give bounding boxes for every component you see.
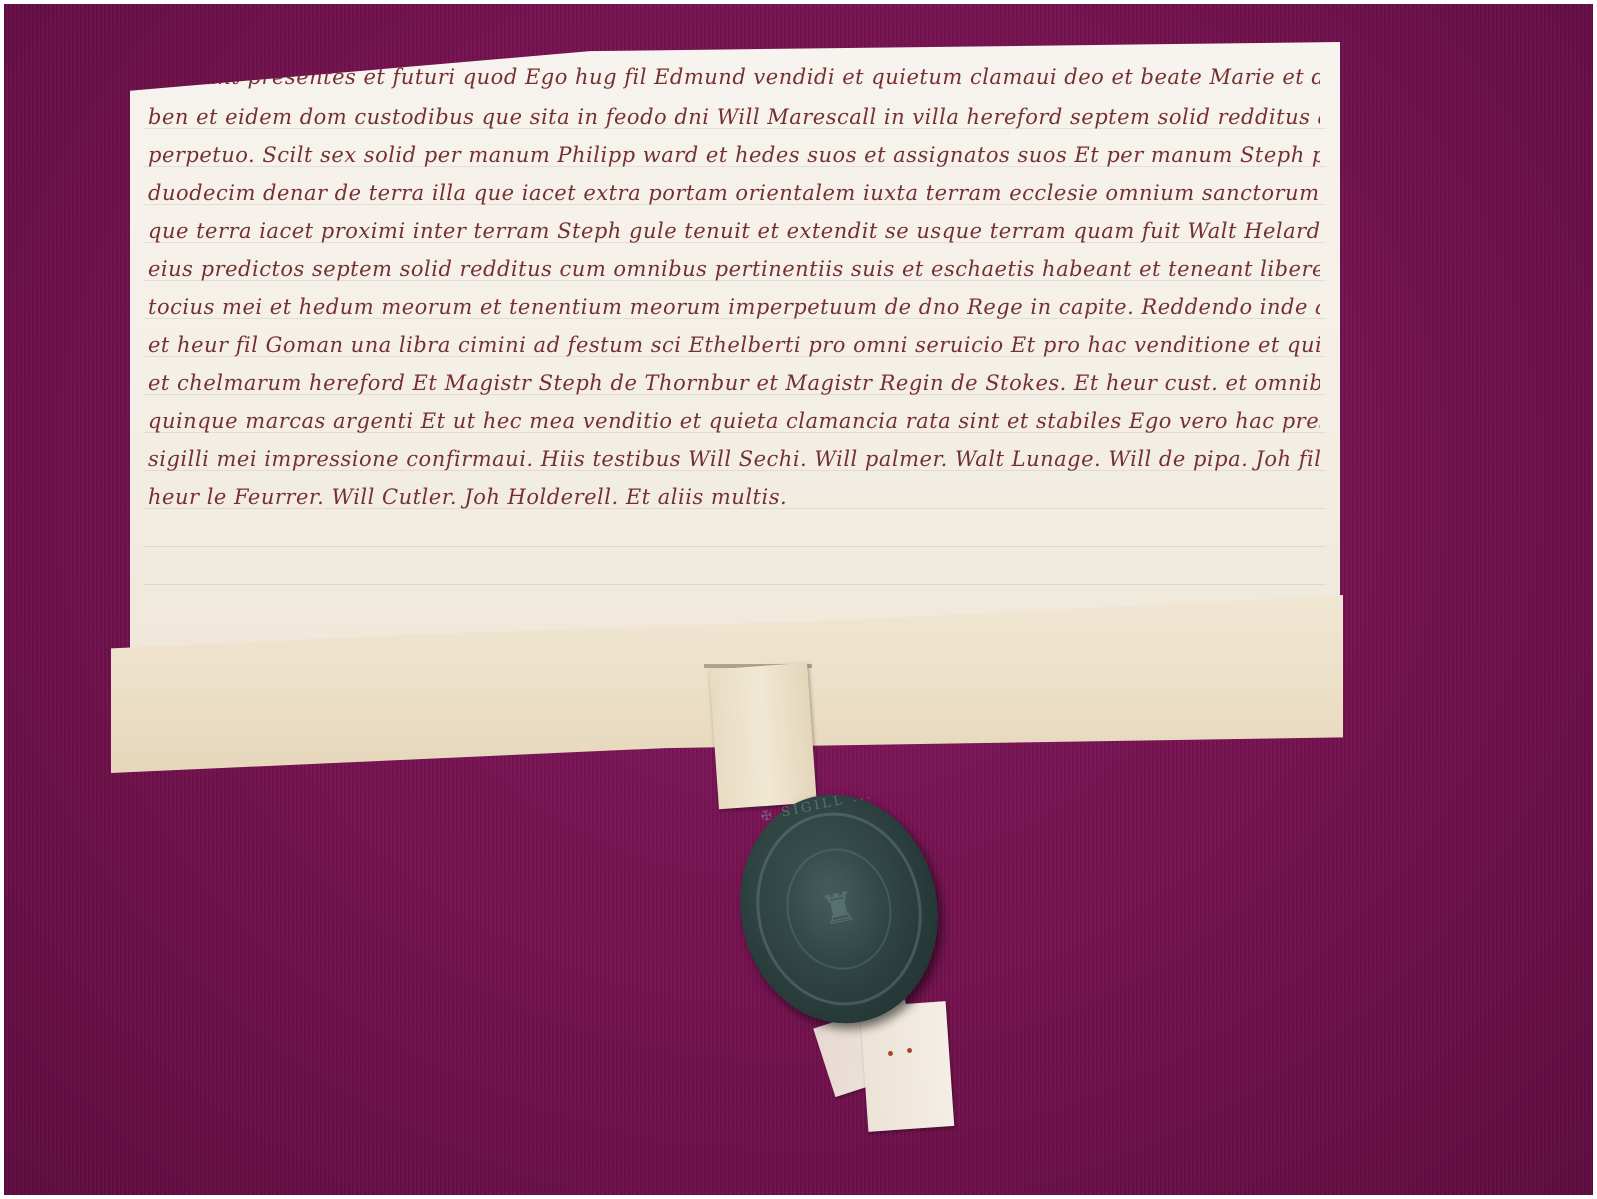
seal-tag [709,663,817,809]
charter-line: perpetuo. Scilt sex solid per manum Phil… [148,142,1320,168]
charter-line: que terra iacet proximi inter terram Ste… [148,218,1320,244]
charter-line: et chelmarum hereford Et Magistr Steph d… [148,370,1320,396]
charter-line: quinque marcas argenti Et ut hec mea ven… [148,408,1320,434]
charter-line: ben et eidem dom custodibus que sita in … [148,104,1320,130]
stain-spot [907,1048,912,1053]
photo-frame: Sciant presentes et futuri quod Ego hug … [4,4,1593,1195]
stain-spot [888,1051,893,1056]
charter-line: duodecim denar de terra illa que iacet e… [148,180,1320,206]
charter-line: heur le Feurrer. Will Cutler. Joh Holder… [148,484,820,510]
seal-tag-end [860,1001,955,1132]
ruling-line [144,584,1326,585]
seal-emblem-icon: ♜ [817,883,862,935]
charter-line: sigilli mei impressione confirmaui. Hiis… [148,446,1320,472]
charter-line: Sciant presentes et futuri quod Ego hug … [170,64,1320,90]
charter-line: tocius mei et hedum meorum et tenentium … [148,294,1320,320]
parchment-charter: Sciant presentes et futuri quod Ego hug … [130,42,1340,652]
charter-line: et heur fil Goman una libra cimini ad fe… [148,332,1320,358]
ruling-line [144,546,1326,547]
charter-line: eius predictos septem solid redditus cum… [148,256,1320,282]
